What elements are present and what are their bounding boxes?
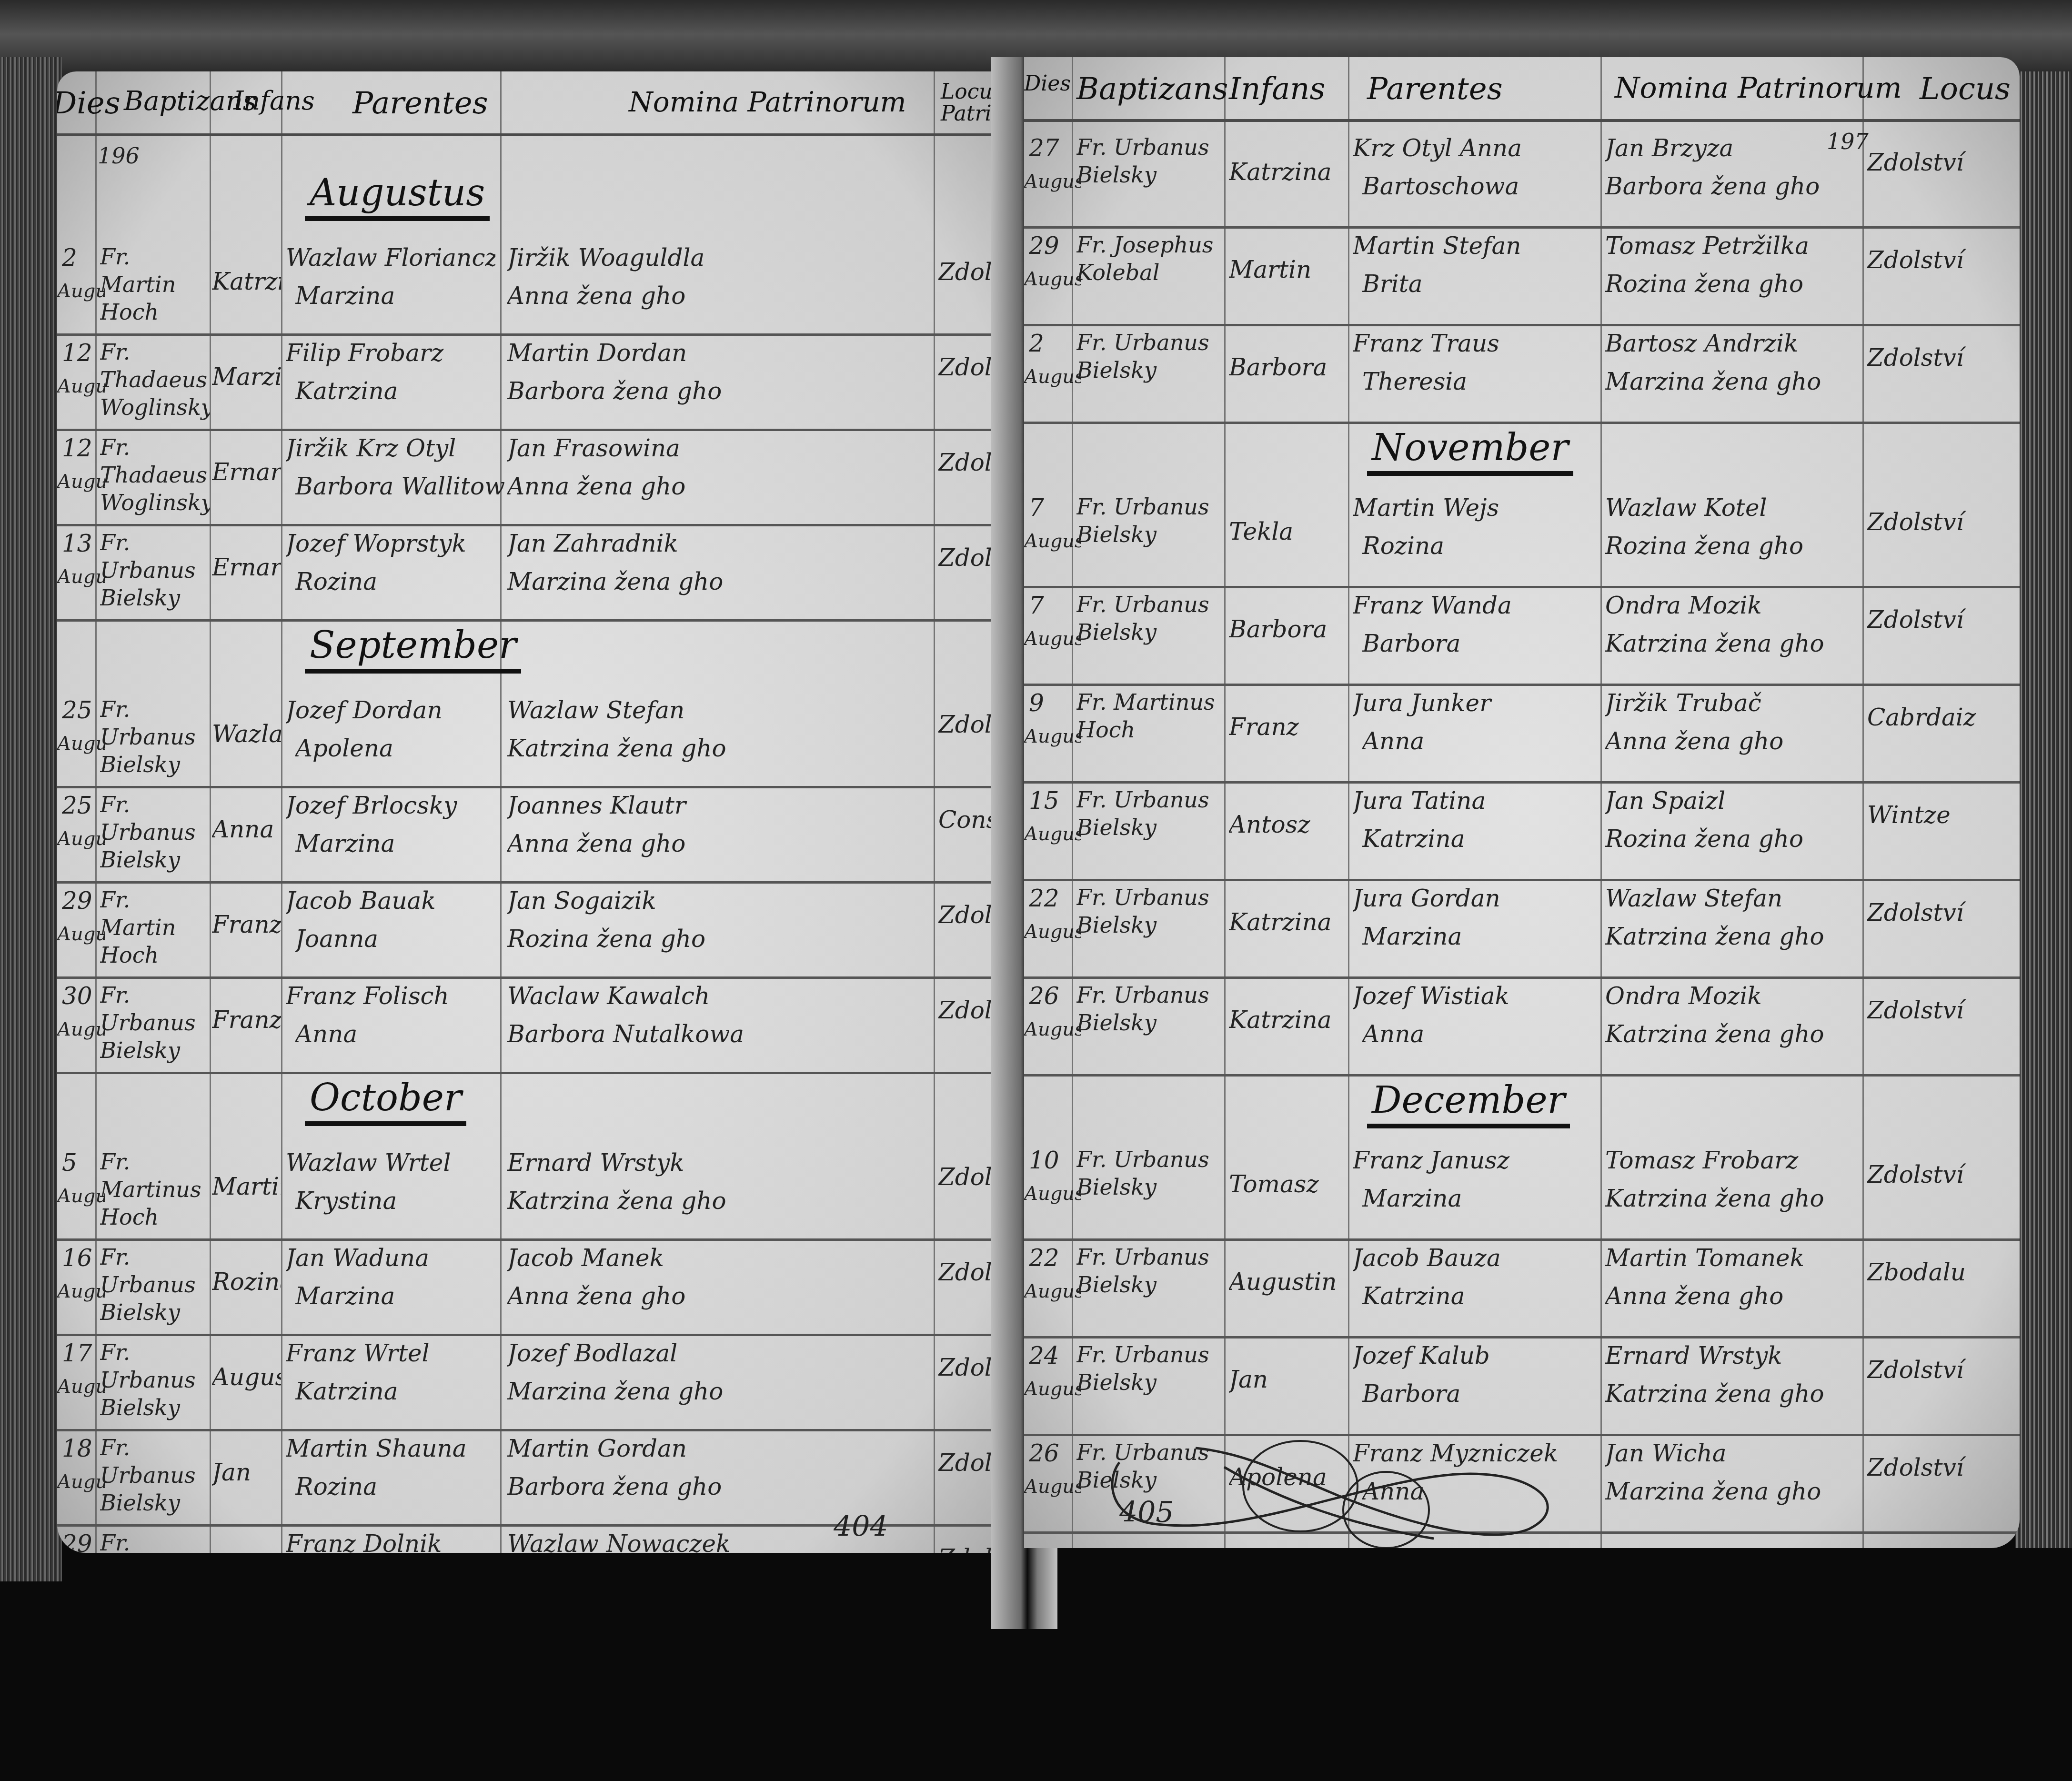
entry-day: 12 [62,338,95,368]
register-entry: 12AugusFr. Thadaeus WoglinskyErnardJirži… [57,429,1019,526]
entry-month-abbrev: Augus [1024,1179,1081,1208]
entry-day: 15 [1029,786,1072,815]
entry-godparent-1: Ernard Wrstyk [507,1148,926,1177]
entry-parent-mother: Marzina [295,829,505,858]
entry-parent-father: Jozef Kalub [1353,1341,1596,1370]
entry-godparent-1: Jan Brzyza [1605,133,1858,163]
entry-baptizans: Fr. Urbanus Bielsky [100,1338,210,1421]
register-entry: 30AugusFr. Urbanus BielskyFranzFranz Fol… [57,976,1019,1074]
entry-godparent-2: Marzina žena gho [1605,367,1858,396]
entry-godparent-2: Anna žena gho [507,281,926,311]
entry-godparent-2: Katrzina žena gho [507,1186,926,1216]
entry-parent-mother: Krystina [295,1186,505,1216]
entry-baptizans: Fr. Thadaeus Woglinsky [100,433,210,516]
register-entry: 24AugusFr. Urbanus BielskyJanJozef Kalub… [1024,1336,2020,1436]
left-header-row: Dies Baptizans Infans Parentes Nomina Pa… [57,71,1019,136]
entry-parent-mother: Joanna [295,924,505,954]
register-entry: 29AugusFr. Martin HochFranzJacob BauakJo… [57,881,1019,979]
header-dies: Dies [57,86,121,121]
header-dies: Dies [1024,71,1071,96]
entry-infans: Anna [212,815,281,844]
entry-godparent-1: Jan Sogaizik [507,886,926,916]
entry-parent-mother: Katrzina [295,1377,505,1406]
entry-parent-father: Franz Janusz [1353,1146,1596,1175]
entry-infans: Ernard [212,553,281,582]
page-number: 404 [834,1510,888,1543]
entry-godparent-2: Anna žena gho [1605,726,1858,756]
entry-parent-father: Jozef Woprstyk [286,529,495,558]
entry-infans: Katrzina [1229,907,1346,937]
entry-parent-father: Martin Shauna [286,1434,495,1463]
entry-parent-father: Jozef Brlocsky [286,791,495,820]
entry-month-abbrev: Augus [57,1015,105,1044]
entry-parent-father: Wazlaw Wrtel [286,1148,495,1177]
entry-baptizans: Fr. Thadaeus Woglinsky [100,338,210,421]
register-entry: 29AugusFr. Josephus KolebalMartinMartin … [1024,226,2020,326]
entry-infans: Martin [1229,255,1346,284]
entry-parent-father: Martin Stefan [1353,231,1596,261]
register-entry: 22AugusFr. Urbanus BielskyAugustinJacob … [1024,1238,2020,1338]
entry-month-abbrev: Augus [1024,1472,1081,1501]
book-page-edges-left [0,57,62,1581]
header-baptizans: Baptizans [1076,71,1228,107]
entry-day: 26 [1029,1439,1072,1468]
entry-parent-father: Franz Dolnik [286,1529,495,1553]
entry-day: 29 [62,886,95,916]
entry-baptizans: Fr. Urbanus Bielsky [100,1434,210,1517]
entry-godparent-1: Wazlaw Kotel [1605,493,1858,523]
entry-month-abbrev: Augus [1024,264,1081,294]
entry-month-abbrev: Augus [57,919,105,949]
entry-baptizans: Fr. Urbanus Bielsky [1076,786,1219,841]
entry-godparent-1: Jacob Manek [507,1243,926,1273]
entry-baptizans: Fr. Urbanus Bielsky [1076,981,1219,1036]
entry-day: 30 [62,981,95,1011]
entry-day: 17 [62,1338,95,1368]
entry-godparent-2: Barbora žena gho [507,1472,926,1501]
entry-parent-father: Martin Wejs [1353,493,1596,523]
entry-month-abbrev: Augus [57,1181,105,1211]
entry-month-abbrev: Augus [1024,624,1081,654]
entry-parent-mother: Anna [1362,1019,1605,1049]
entry-day: 10 [1029,1146,1072,1175]
entry-parent-mother: Anna [295,1019,505,1049]
header-parentes: Parentes [1367,71,1502,107]
entry-godparent-1: Waclaw Kawalch [507,981,926,1011]
entry-parent-father: Jozef Wistiak [1353,981,1596,1011]
entry-parent-mother: Katrzina [295,376,505,406]
entry-godparent-2: Katrzina žena gho [1605,1184,1858,1213]
entry-godparent-2: Marzina žena gho [507,567,926,596]
entry-godparent-1: Wazlaw Stefan [507,695,926,725]
entry-infans: Martin [212,1172,281,1201]
entry-parent-mother: Marzina [1362,1184,1605,1213]
entry-day: 5 [62,1148,95,1177]
entry-locus: Zdolství [1867,148,2015,177]
entry-month-abbrev: Augus [1024,819,1081,849]
entry-day: 25 [62,695,95,725]
entry-month-abbrev: Augus [1024,362,1081,392]
entry-godparent-1: Jan Spaizl [1605,786,1858,815]
entry-month-abbrev: Augus [1024,1015,1081,1044]
entry-locus: Zdolství [1867,1355,2015,1385]
header-infans: Infans [1229,71,1325,107]
entry-day: 24 [1029,1341,1072,1370]
entry-infans: Barbora [1229,614,1346,644]
entry-godparent-1: Ondra Mozik [1605,981,1858,1011]
entry-baptizans: Fr. Urbanus Bielsky [1076,1341,1219,1396]
entry-baptizans: Fr. Martinus Hoch [1076,688,1219,744]
entry-parent-father: Wazlaw Florianczik [286,243,495,272]
register-entry: 17AugusFr. Urbanus BielskyAugustinFranz … [57,1334,1019,1431]
entry-infans: Rozina [212,1267,281,1297]
entry-parent-mother: Anna [1362,726,1605,756]
entry-godparent-2: Katrzina žena gho [1605,1019,1858,1049]
month-heading: October [305,1077,466,1126]
entry-godparent-2: Marzina žena gho [507,1377,926,1406]
entry-godparent-2: Barbora žena gho [507,376,926,406]
register-entry: 9AugusFr. Martinus HochFranzJura JunkerA… [1024,684,2020,784]
folio-number: 196 [98,143,140,169]
entry-godparent-2: Rozina žena gho [1605,824,1858,854]
entry-godparent-2: Barbora Nutalkowa [507,1019,926,1049]
register-entry: 15AugusFr. Urbanus BielskyAntoszJura Tat… [1024,781,2020,881]
entry-infans: Augustin [1229,1267,1346,1297]
entry-baptizans: Fr. Urbanus Bielsky [100,695,210,778]
left-page: Dies Baptizans Infans Parentes Nomina Pa… [57,71,1019,1553]
entry-infans: Marzina [212,362,281,392]
entry-locus: Zbodalu [1867,1258,2015,1287]
register-entry: 7AugusFr. Urbanus BielskyBarboraFranz Wa… [1024,586,2020,686]
register-entry: 16AugusFr. Urbanus BielskyRozinaJan Wadu… [57,1238,1019,1336]
register-entry: 10AugusFr. Urbanus BielskyTomaszFranz Ja… [1024,1141,2020,1241]
month-heading: Augustus [305,171,490,221]
entry-infans: Jan [212,1458,281,1487]
entry-godparent-1: Jiržik Woaguldla [507,243,926,272]
entry-parent-father: Jozef Dordan [286,695,495,725]
entry-baptizans: Fr. Josephus Kolebal [1076,231,1219,286]
entry-infans: Katrzina [1229,1005,1346,1035]
register-entry: 12AugusFr. Thadaeus WoglinskyMarzinaFili… [57,333,1019,431]
entry-baptizans: Fr. Urbanus Bielsky [100,981,210,1064]
entry-day: 27 [1029,133,1072,163]
entry-parent-mother: Bartoschowa [1362,171,1605,201]
entry-day: 22 [1029,884,1072,913]
entry-day: 2 [1029,329,1072,358]
entry-godparent-2: Anna žena gho [507,1281,926,1311]
entry-godparent-2: Katrzina žena gho [507,734,926,763]
closing-flourish-icon [1100,1434,1624,1548]
entry-parent-father: Franz Folisch [286,981,495,1011]
entry-month-abbrev: Augus [57,1372,105,1401]
entry-parent-mother: Barbora [1362,629,1605,658]
entry-infans: Barbora [1229,352,1346,382]
entry-parent-mother: Katrzina [1362,1281,1605,1311]
entry-godparent-2: Anna žena gho [1605,1281,1858,1311]
entry-baptizans: Fr. Urbanus Bielsky [1076,493,1219,548]
entry-godparent-1: Tomasz Frobarz [1605,1146,1858,1175]
entry-month-abbrev: Augus [1024,1374,1081,1404]
entry-parent-mother: Brita [1362,269,1605,299]
entry-locus: Wintze [1867,800,2015,830]
entry-baptizans: Fr. Urbanus Bielsky [100,1529,210,1553]
entry-parent-father: Jacob Bauza [1353,1243,1596,1273]
entry-month-abbrev: Augus [1024,917,1081,946]
entry-infans: Katrzina [212,267,281,296]
entry-parent-father: Jan Waduna [286,1243,495,1273]
entry-day: 29 [62,1529,95,1553]
entry-parent-father: Jiržik Krz Otyl [286,433,495,463]
page-number: 405 [1119,1496,1174,1529]
right-header-row: Dies Baptizans Infans Parentes Nomina Pa… [1024,57,2020,122]
entry-godparent-1: Ernard Wrstyk [1605,1341,1858,1370]
entry-godparent-1: Joannes Klautr [507,791,926,820]
entry-locus: Zdolství [1867,1160,2015,1189]
entry-parent-father: Jura Junker [1353,688,1596,718]
entry-infans: Augustin [212,1362,281,1392]
entry-godparent-1: Jiržik Trubač [1605,688,1858,718]
entry-locus: Zdolství [1867,1453,2015,1482]
entry-parent-father: Jacob Bauak [286,886,495,916]
entry-day: 9 [1029,688,1072,718]
entry-month-abbrev: Augus [57,276,105,306]
entry-baptizans: Fr. Urbanus Bielsky [100,1243,210,1326]
register-entry: 2AugusFr. Martin HochKatrzinaWazlaw Flor… [57,238,1019,336]
entry-baptizans: Fr. Urbanus Bielsky [1076,884,1219,939]
entry-day: 13 [62,529,95,558]
entry-godparent-2: Katrzina žena gho [1605,629,1858,658]
entry-baptizans: Fr. Urbanus Bielsky [100,529,210,612]
entry-day: 25 [62,791,95,820]
header-locus: Locus [1920,71,2011,107]
entry-godparent-2: Rozina žena gho [1605,531,1858,561]
entry-infans: Tomasz [1229,1169,1346,1199]
entry-day: 7 [1029,591,1072,620]
entry-parent-mother: Katrzina [1362,824,1605,854]
entry-month-abbrev: Augus [57,467,105,496]
entry-parent-mother: Barbora [1362,1379,1605,1409]
entry-godparent-1: Jan Zahradnik [507,529,926,558]
register-entry: 2AugusFr. Urbanus BielskyBarboraFranz Tr… [1024,324,2020,424]
entry-godparent-1: Wazlaw Stefan [1605,884,1858,913]
entry-infans: Wazlaw [212,719,281,749]
entry-godparent-1: Jan Wicha [1605,1439,1858,1468]
entry-day: 22 [1029,1243,1072,1273]
entry-godparent-2: Katrzina žena gho [1605,1379,1858,1409]
entry-parent-father: Franz Wrtel [286,1338,495,1368]
entry-infans: Franz [1229,712,1346,742]
entry-baptizans: Fr. Urbanus Bielsky [1076,329,1219,384]
register-entry: 5AugusFr. Martinus HochMartinWazlaw Wrte… [57,1143,1019,1241]
entry-locus: Zdolství [1867,343,2015,372]
entry-parent-father: Jura Gordan [1353,884,1596,913]
entry-godparent-1: Martin Gordan [507,1434,926,1463]
month-heading: September [305,624,521,674]
entry-infans: Tekla [1229,517,1346,546]
entry-locus: Zdolství [1867,605,2015,634]
entry-day: 7 [1029,493,1072,523]
entry-month-abbrev: Augus [57,1467,105,1497]
entry-parent-mother: Marzina [295,281,505,311]
entry-baptizans: Fr. Urbanus Bielsky [1076,1243,1219,1298]
register-entry: 7AugusFr. Urbanus BielskyTeklaMartin Wej… [1024,488,2020,588]
entry-month-abbrev: Augus [57,372,105,401]
entry-parent-father: Franz Wanda [1353,591,1596,620]
register-entry: 25AugusFr. Urbanus BielskyWazlawJozef Do… [57,691,1019,788]
entry-baptizans: Fr. Urbanus Bielsky [1076,133,1219,189]
entry-godparent-2: Barbora žena gho [1605,171,1858,201]
register-entry: 25AugusFr. Urbanus BielskyAnnaJozef Brlo… [57,786,1019,884]
entry-month-abbrev: Augus [1024,167,1081,196]
entry-month-abbrev: Augus [57,729,105,758]
register-entry: 26AugusFr. Urbanus BielskyKatrzinaJozef … [1024,976,2020,1077]
entry-infans: Franz [212,1005,281,1035]
month-heading: November [1367,426,1573,476]
entry-parent-mother: Apolena [295,734,505,763]
entry-baptizans: Fr. Urbanus Bielsky [1076,591,1219,646]
entry-parent-father: Jura Tatina [1353,786,1596,815]
entry-day: 18 [62,1434,95,1463]
entry-godparent-1: Ondra Mozik [1605,591,1858,620]
right-page: Dies Baptizans Infans Parentes Nomina Pa… [1024,57,2020,1548]
entry-godparent-2: Anna žena gho [507,829,926,858]
entry-infans: Ernard [212,457,281,487]
entry-day: 2 [62,243,95,272]
entry-godparent-2: Katrzina žena gho [1605,922,1858,951]
entry-locus: Zdolství [1867,996,2015,1025]
entry-parent-father: Filip Frobarz [286,338,495,368]
entry-godparent-1: Bartosz Andrzik [1605,329,1858,358]
entry-parent-mother: Marzina [295,1281,505,1311]
entry-godparent-1: Martin Tomanek [1605,1243,1858,1273]
entry-godparent-2: Rozina žena gho [1605,269,1858,299]
entry-parent-mother: Theresia [1362,367,1605,396]
entry-godparent-1: Jozef Bodlazal [507,1338,926,1368]
register-entry: 13AugusFr. Urbanus BielskyErnardJozef Wo… [57,524,1019,622]
entry-month-abbrev: Augus [57,824,105,854]
entry-parent-mother: Marzina [1362,922,1605,951]
entry-baptizans: Fr. Martinus Hoch [100,1148,210,1231]
entry-godparent-2: Marzina žena gho [1605,1477,1858,1506]
entry-parent-father: Franz Traus [1353,329,1596,358]
entry-locus: Zdolství [1867,245,2015,275]
entry-baptizans: Fr. Martin Hoch [100,243,210,326]
entry-locus: Zdolství [1867,898,2015,927]
entry-infans: Franz [212,910,281,939]
header-parentes: Parentes [352,86,488,121]
entry-baptizans: Fr. Urbanus Bielsky [100,791,210,874]
header-nomina-patrinorum: Nomina Patrinorum [629,86,906,118]
month-heading: December [1367,1079,1570,1128]
entry-parent-mother: Rozina [295,567,505,596]
entry-month-abbrev: Augus [1024,526,1081,556]
register-entry: 22AugusFr. Urbanus BielskyKatrzinaJura G… [1024,879,2020,979]
entry-day: 29 [1029,231,1072,261]
entry-month-abbrev: Augus [1024,722,1081,751]
entry-baptizans: Fr. Urbanus Bielsky [1076,1146,1219,1201]
entry-godparent-2: Anna žena gho [507,472,926,501]
entry-day: 16 [62,1243,95,1273]
entry-godparent-2: Rozina žena gho [507,924,926,954]
entry-parent-mother: Rozina [1362,531,1605,561]
entry-infans: Jan [1229,1365,1346,1394]
header-infans: Infans [233,86,315,116]
entry-godparent-1: Jan Frasowina [507,433,926,463]
entry-godparent-1: Martin Dordan [507,338,926,368]
entry-locus: Zdolství [1867,507,2015,537]
header-nomina-patrinorum: Nomina Patrinorum [1615,71,1902,105]
entry-infans: Antosz [1229,810,1346,839]
entry-day: 26 [1029,981,1072,1011]
book-page-edges-right [2015,71,2072,1548]
entry-month-abbrev: Augus [1024,1277,1081,1306]
entry-month-abbrev: Augus [57,562,105,592]
entry-parent-mother: Barbora Wallitowska [295,472,505,501]
register-entry: 27AugusFr. Urbanus BielskyKatrzinaKrz Ot… [1024,129,2020,229]
entry-infans: Katrzina [1229,157,1346,187]
entry-day: 12 [62,433,95,463]
entry-godparent-1: Tomasz Petržilka [1605,231,1858,261]
entry-parent-mother: Rozina [295,1472,505,1501]
entry-month-abbrev: Augus [57,1277,105,1306]
entry-locus: Cabrdaiz [1867,703,2015,732]
entry-baptizans: Fr. Martin Hoch [100,886,210,969]
entry-parent-father: Krz Otyl Anna [1353,133,1596,163]
